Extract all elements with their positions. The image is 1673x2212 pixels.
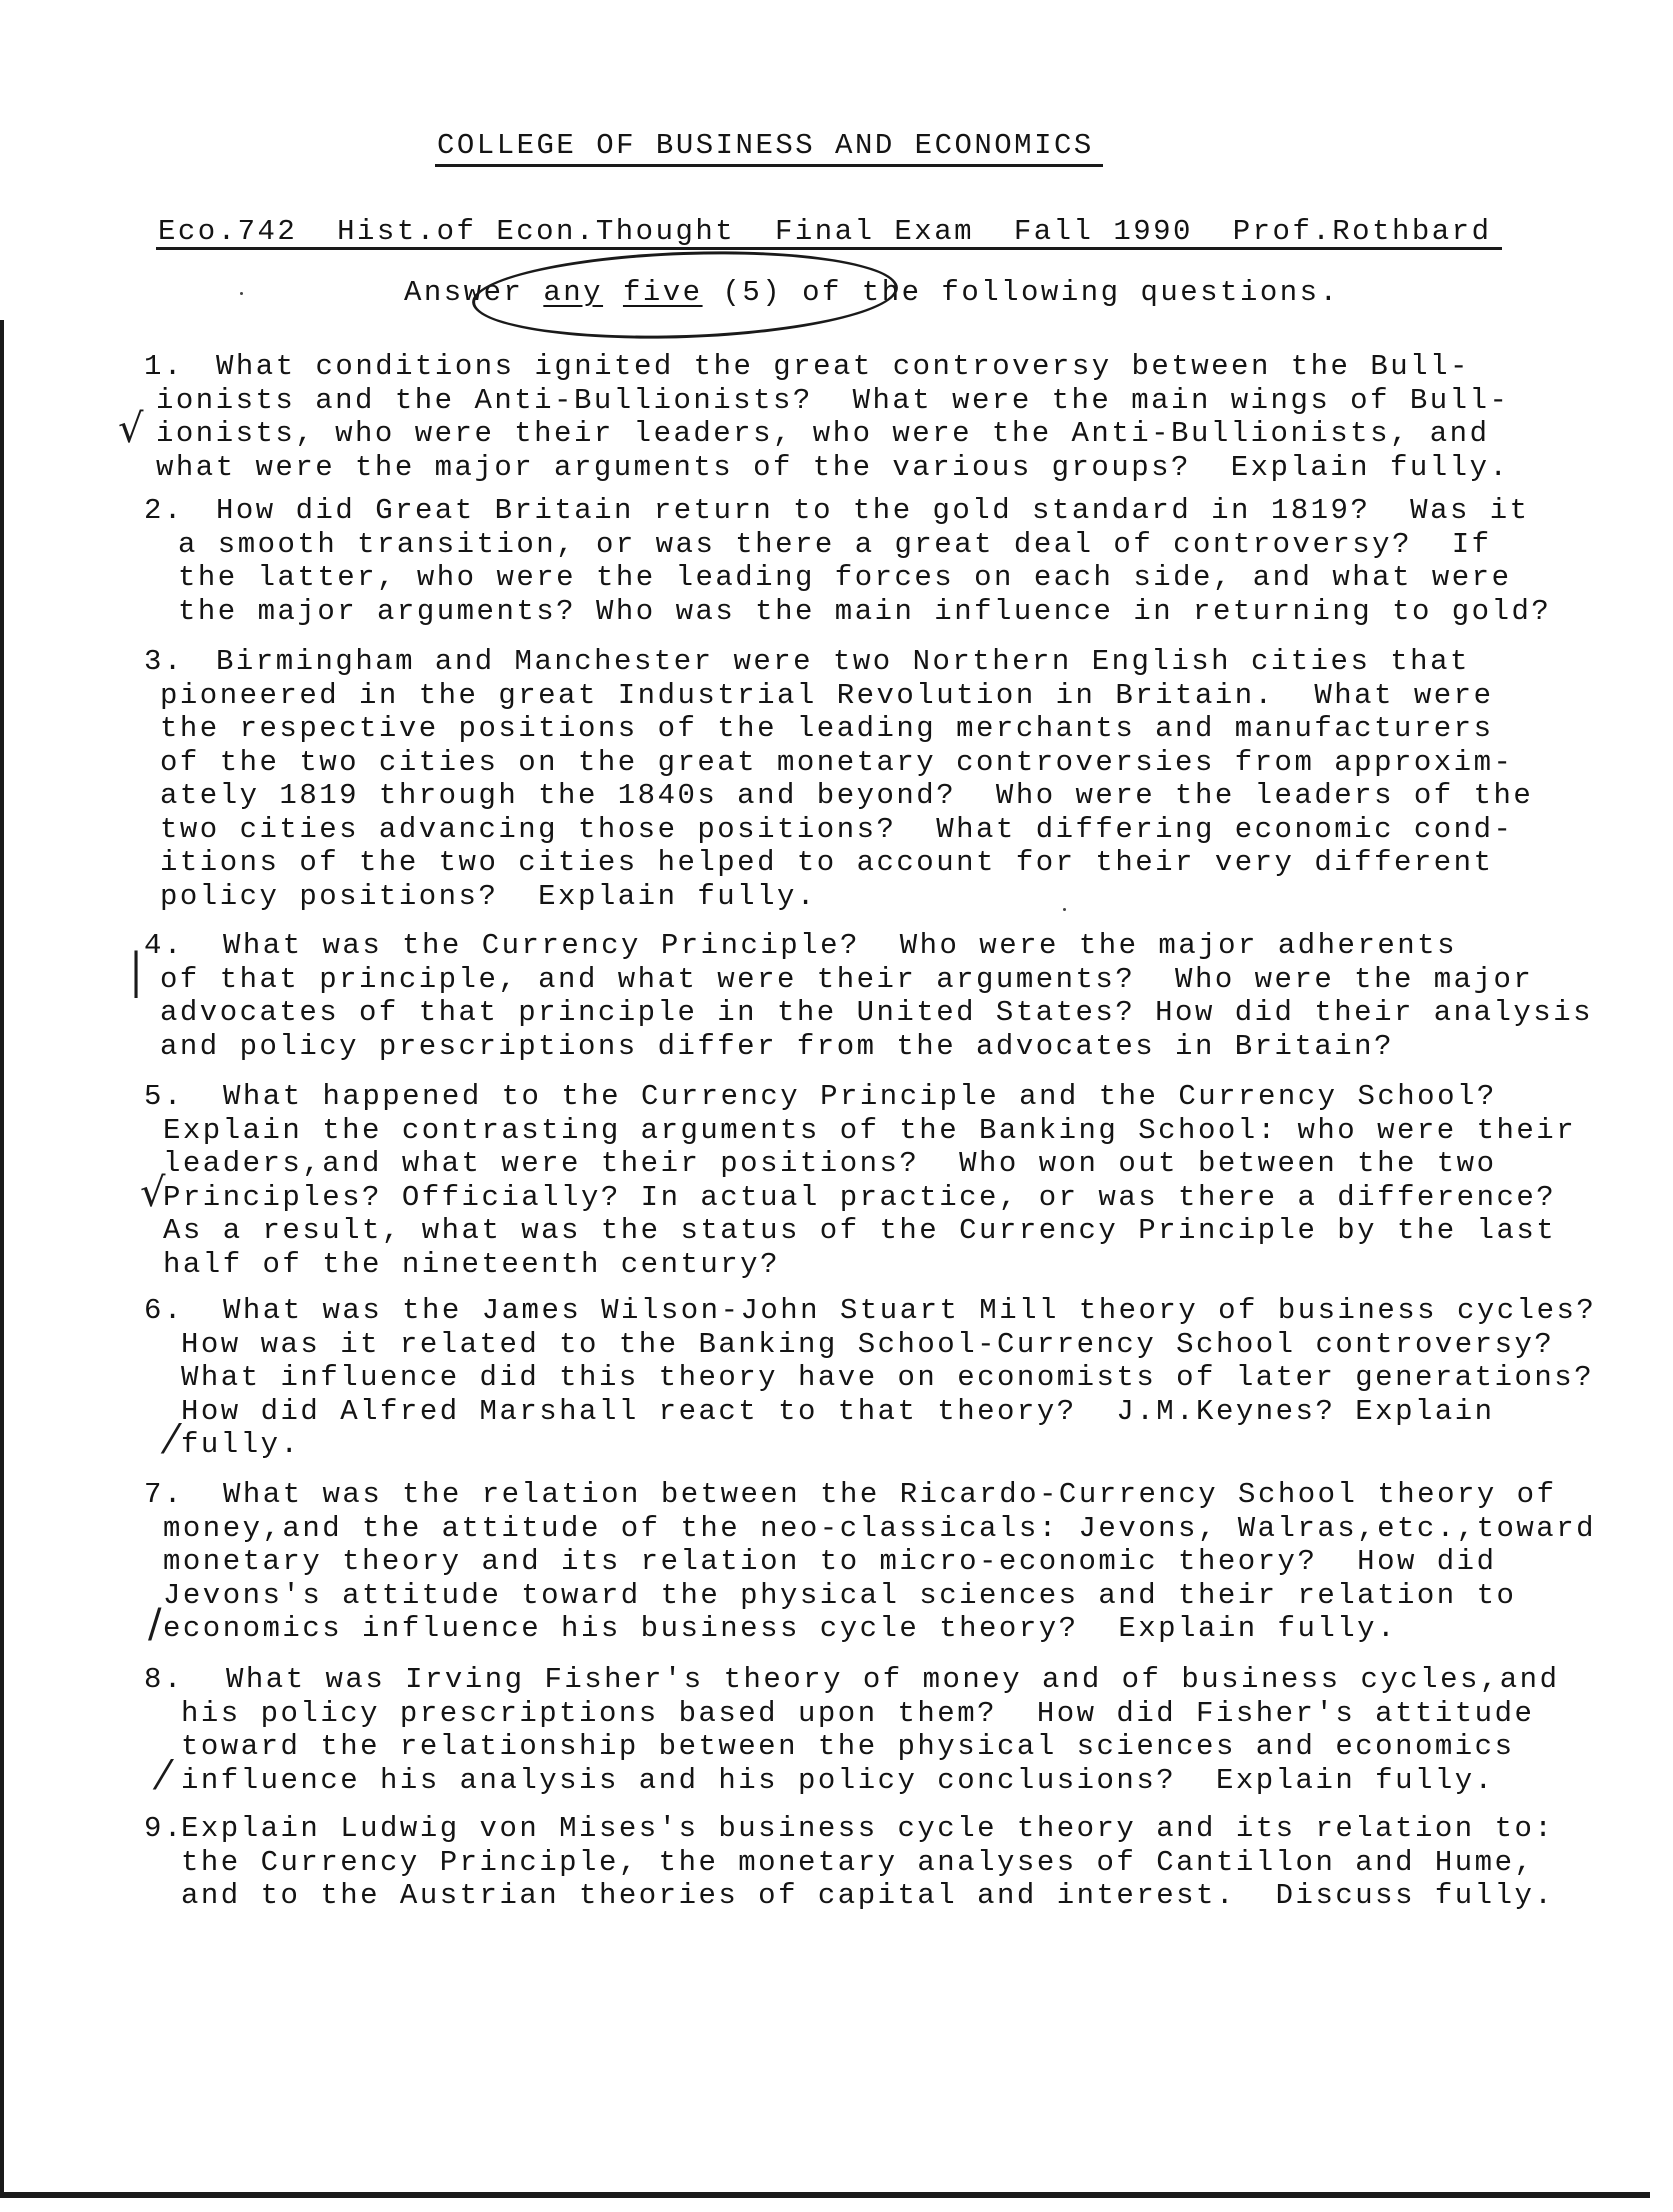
question-text-line: fully. [181,1428,300,1462]
question-text-line: What was the Currency Principle? Who wer… [223,929,1457,963]
handwritten-circle-annotation [471,245,900,346]
question-number: 3. [144,645,184,679]
question-text-line: and to the Austrian theories of capital … [181,1879,1554,1913]
question-text-line: What conditions ignited the great contro… [216,350,1470,384]
question-text-line: the respective positions of the leading … [160,712,1494,746]
question-text-line: and policy prescriptions differ from the… [160,1030,1394,1064]
scan-border-left [0,320,4,2196]
question-text-line: half of the nineteenth century? [163,1248,780,1282]
question-text-line: what were the major arguments of the var… [156,451,1509,485]
question-text-line: As a result, what was the status of the … [163,1214,1556,1248]
question-text-line: the Currency Principle, the monetary ana… [181,1846,1534,1880]
question-number: 2. [144,494,184,528]
question-text-line: What influence did this theory have on e… [181,1361,1594,1395]
question-text-line: Explain the contrasting arguments of the… [163,1114,1576,1148]
question-text-line: pioneered in the great Industrial Revolu… [160,679,1494,713]
title-underline [435,164,1103,167]
question-number: 9. [144,1812,184,1846]
question-text-line: Principles? Officially? In actual practi… [163,1181,1556,1215]
scan-border-bottom [0,2192,1650,2198]
question-text-line: of that principle, and what were their a… [160,963,1533,997]
question-text-line: How did Alfred Marshall react to that th… [181,1395,1495,1429]
header-underline [156,247,1502,250]
question-text-line: How did Great Britain return to the gold… [216,494,1530,528]
scan-speck [240,292,243,295]
question-text-line: ionists, who were their leaders, who wer… [156,417,1490,451]
question-text-line: ately 1819 through the 1840s and beyond?… [160,779,1533,813]
question-text-line: two cities advancing those positions? Wh… [160,813,1513,847]
question-number: 1. [144,350,184,384]
question-text-line: itions of the two cities helped to accou… [160,846,1494,880]
check-mark-icon: ⁄ [168,1420,175,1460]
exam-header: Eco.742 Hist.of Econ.Thought Final Exam … [158,215,1492,249]
question-text-line: Jevons's attitude toward the physical sc… [163,1579,1516,1613]
question-number: 7. [144,1478,184,1512]
question-text-line: How was it related to the Banking School… [181,1328,1554,1362]
question-text-line: of the two cities on the great monetary … [160,746,1513,780]
question-text-line: his policy prescriptions based upon them… [181,1697,1534,1731]
question-text-line: money,and the attitude of the neo-classi… [163,1512,1596,1546]
question-text-line: toward the relationship between the phys… [181,1730,1515,1764]
question-number: 4. [144,929,184,963]
check-mark-icon: √ [118,409,144,449]
check-mark-icon: √ [140,1173,166,1213]
question-text-line: What happened to the Currency Principle … [223,1080,1497,1114]
question-number: 5. [144,1080,184,1114]
question-text-line: ionists and the Anti-Bullionists? What w… [156,384,1509,418]
check-mark-icon: ⁄ [160,1756,167,1796]
question-text-line: the latter, who were the leading forces … [178,561,1512,595]
scan-speck [1063,908,1066,911]
question-text-line: a smooth transition, or was there a grea… [178,528,1492,562]
question-text-line: What was Irving Fisher's theory of money… [226,1663,1560,1697]
check-mark-icon: │ [124,955,148,995]
question-text-line: economics influence his business cycle t… [163,1612,1397,1646]
question-text-line: Birmingham and Manchester were two North… [216,645,1470,679]
question-number: 6. [144,1294,184,1328]
question-text-line: influence his analysis and his policy co… [181,1764,1495,1798]
question-text-line: the major arguments? Who was the main in… [178,595,1551,629]
question-number: 8. [144,1663,184,1697]
question-text-line: What was the relation between the Ricard… [223,1478,1557,1512]
question-text-line: leaders,and what were their positions? W… [163,1147,1497,1181]
question-text-line: Explain Ludwig von Mises's business cycl… [181,1812,1554,1846]
exam-page: COLLEGE OF BUSINESS AND ECONOMICS Eco.74… [0,0,1673,2212]
question-text-line: What was the James Wilson-John Stuart Mi… [223,1294,1596,1328]
check-mark-icon: / [148,1604,161,1644]
institution-title: COLLEGE OF BUSINESS AND ECONOMICS [437,129,1094,163]
question-text-line: advocates of that principle in the Unite… [160,996,1593,1030]
question-text-line: policy positions? Explain fully. [160,880,817,914]
question-text-line: monetary theory and its relation to micr… [163,1545,1497,1579]
